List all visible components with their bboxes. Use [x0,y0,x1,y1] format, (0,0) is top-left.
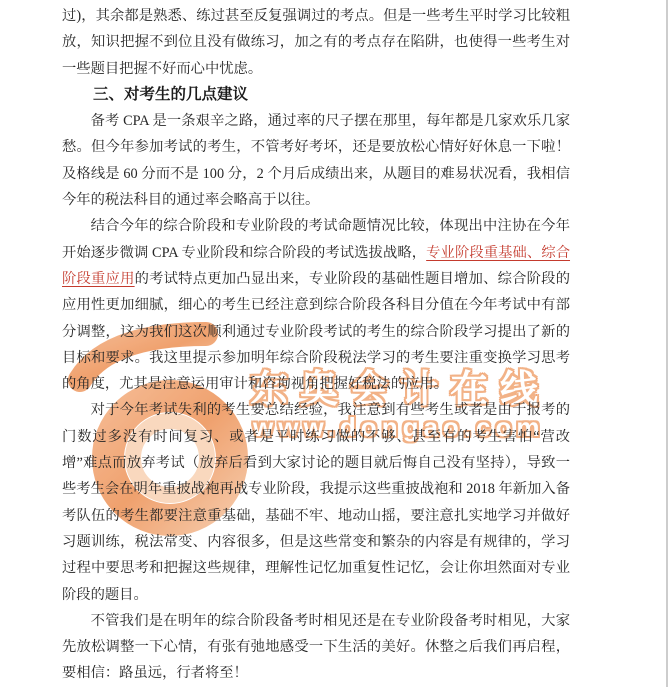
paragraph: 对于今年考试失利的考生要总结经验，我注意到有些考生或者是由于报考的门数过多没有时… [62,397,570,607]
page-right-border [666,0,668,687]
paragraph-text: 的考试特点更加凸显出来，专业阶段的基础性题目增加、综合阶段的应用性更加细腻，细心… [62,271,570,392]
document-page: 东奥会计在线 www.dongao.com 过)，其余都是熟悉、练过甚至反复强调… [0,0,670,687]
paragraph-with-emphasis: 结合今年的综合阶段和专业阶段的考试命题情况比较，体现出中注协在今年开始逐步微调 … [62,213,570,397]
paragraph: 不管我们是在明年的综合阶段备考时相见还是在专业阶段备考时相见，大家先放松调整一下… [62,608,570,687]
document-content: 过)，其余都是熟悉、练过甚至反复强调过的考点。但是一些考生平时学习比较粗放，知识… [62,3,570,687]
paragraph: 备考 CPA 是一条艰辛之路，通过率的尺子摆在那里，每年都是几家欢乐几家愁。但今… [62,108,570,213]
paragraph-continued: 过)，其余都是熟悉、练过甚至反复强调过的考点。但是一些考生平时学习比较粗放，知识… [62,3,570,82]
section-heading: 三、对考生的几点建议 [62,82,570,108]
